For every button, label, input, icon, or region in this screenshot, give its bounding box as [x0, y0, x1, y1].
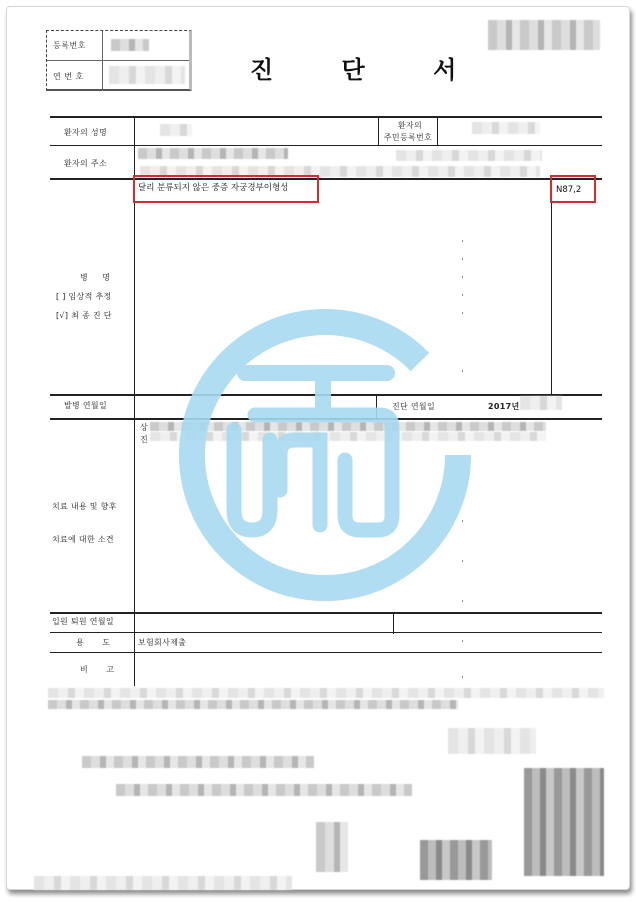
- column-divider: [393, 612, 394, 634]
- treatment-prefix-line1: 상: [140, 422, 148, 433]
- redacted-diagnosis-date: [520, 396, 562, 410]
- redacted-treatment-line2: [150, 432, 546, 441]
- row-divider: [50, 632, 602, 633]
- serial-number-label: 연 번 호: [47, 61, 103, 91]
- redacted-footer-line2: [48, 700, 458, 709]
- redacted-signature-mark: [316, 822, 348, 872]
- diagnosis-code: N87,2: [556, 185, 581, 195]
- purpose-value: 보험회사제출: [138, 637, 186, 648]
- patient-address-label: 환자의 주소: [64, 158, 107, 169]
- redacted-signature: [420, 840, 492, 880]
- redacted-patient-rrn: [472, 122, 540, 134]
- row-divider: [50, 652, 602, 653]
- redacted-address-line1b: [396, 150, 542, 161]
- redacted-footer-line1: [48, 688, 604, 698]
- column-divider: [376, 394, 377, 418]
- redacted-address-line1: [138, 148, 288, 159]
- document-title: 진 단 서: [250, 50, 486, 85]
- diagnosis-text: 달리 분류되지 않은 중증 자궁경부이형성: [138, 181, 288, 193]
- onset-date-label: 발병 연월일: [64, 400, 107, 411]
- column-divider: [378, 116, 379, 146]
- treatment-label-line1: 치료 내용 및 향후: [52, 501, 117, 512]
- registration-box: 등록번호 연 번 호: [46, 30, 192, 91]
- redacted-footer-block: [448, 728, 536, 754]
- disease-name-label: 병 명: [80, 272, 116, 283]
- diagnosis-date-label: 진단 연월일: [392, 401, 435, 412]
- redacted-doctor-name: [34, 876, 292, 890]
- patient-name-label: 환자의 성명: [64, 127, 107, 138]
- patient-rrn-label-line2: 주민등록번호: [380, 132, 436, 143]
- diagnosis-date-value: 2017년: [488, 401, 520, 412]
- redacted-hospital-address: [116, 784, 412, 796]
- serial-number-value: [103, 61, 189, 91]
- row-divider: [50, 612, 602, 614]
- row-divider: [50, 145, 602, 146]
- reg-number-label: 등록번호: [47, 31, 103, 60]
- row-divider: [50, 418, 602, 420]
- remarks-label: 비 고: [80, 664, 122, 675]
- treatment-label-line2: 치료에 대한 소견: [52, 534, 114, 545]
- column-divider: [437, 116, 438, 146]
- admission-date-label: 입원 퇴원 연월일: [52, 616, 114, 627]
- redacted-patient-name: [160, 124, 192, 136]
- patient-rrn-label-line1: 환자의: [392, 120, 428, 131]
- table-top-border: [50, 116, 602, 118]
- code-column-divider: [551, 178, 552, 394]
- redacted-hospital-name: [82, 756, 314, 768]
- reg-number-value: [103, 31, 189, 60]
- purpose-label: 용 도: [76, 637, 118, 648]
- redacted-treatment-line1: [150, 422, 546, 431]
- clinical-estimate-checkbox[interactable]: [ ] 임상적 추정: [56, 291, 112, 302]
- final-diagnosis-checkbox[interactable]: [√] 최 종 진 단: [56, 310, 112, 321]
- treatment-prefix-line2: 진: [140, 434, 148, 445]
- redacted-stamp: [524, 768, 604, 876]
- redacted-document-number: [488, 20, 600, 50]
